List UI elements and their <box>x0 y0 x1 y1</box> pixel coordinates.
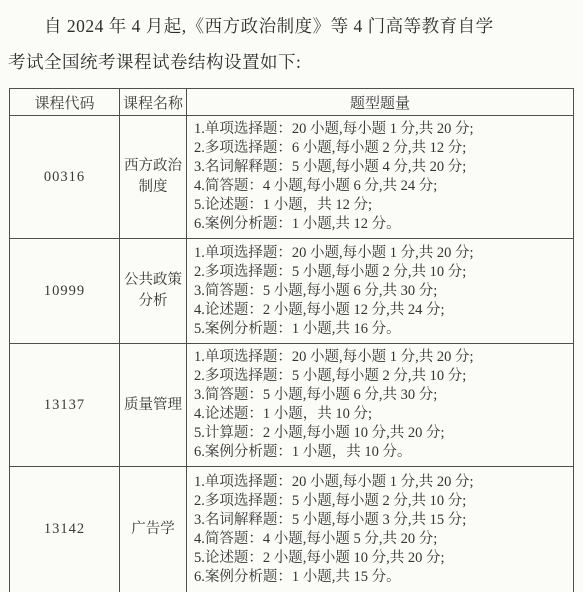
question-item: 3.简答题：5 小题,每小题 6 分,共 30 分; <box>194 282 569 301</box>
question-item: 6.案例分析题：1 小题,共 12 分。 <box>194 215 569 234</box>
course-name: 质量管理 <box>120 344 187 467</box>
question-item: 4.论述题：1 小题，共 10 分; <box>194 405 569 424</box>
course-code: 10999 <box>10 239 120 344</box>
course-code: 13137 <box>10 344 120 467</box>
question-structure: 1.单项选择题：20 小题,每小题 1 分,共 20 分; 2.多项选择题：6 … <box>187 116 574 239</box>
course-code: 13142 <box>10 467 120 592</box>
question-item: 1.单项选择题：20 小题,每小题 1 分,共 20 分; <box>194 348 569 367</box>
question-item: 1.单项选择题：20 小题,每小题 1 分,共 20 分; <box>194 120 569 139</box>
question-item: 6.案例分析题：1 小题,共 15 分。 <box>194 568 569 587</box>
question-item: 3.名词解释题：5 小题,每小题 3 分,共 15 分; <box>194 511 569 530</box>
question-item: 2.多项选择题：5 小题,每小题 2 分,共 10 分; <box>194 492 569 511</box>
question-structure: 1.单项选择题：20 小题,每小题 1 分,共 20 分; 2.多项选择题：5 … <box>187 344 574 467</box>
question-item: 5.论述题：1 小题，共 12 分; <box>194 196 569 215</box>
question-structure: 1.单项选择题：20 小题,每小题 1 分,共 20 分; 2.多项选择题：5 … <box>187 467 574 592</box>
header-question-types: 题型题量 <box>187 89 574 116</box>
table-row-13137: 13137 质量管理 1.单项选择题：20 小题,每小题 1 分,共 20 分;… <box>10 344 574 467</box>
course-name: 公共政策分析 <box>120 239 187 344</box>
course-structure-table: 课程代码 课程名称 题型题量 00316 西方政治制度 1.单项选择题：20 小… <box>9 88 574 592</box>
question-item: 1.单项选择题：20 小题,每小题 1 分,共 20 分; <box>194 473 569 492</box>
question-item: 2.多项选择题：5 小题,每小题 2 分,共 10 分; <box>194 367 569 386</box>
question-item: 1.单项选择题：20 小题,每小题 1 分,共 20 分; <box>194 244 569 263</box>
question-item: 4.论述题：2 小题,每小题 12 分,共 24 分; <box>194 301 569 320</box>
document-page: 自 2024 年 4 月起,《西方政治制度》等 4 门高等教育自学 考试全国统考… <box>0 8 583 592</box>
question-item: 2.多项选择题：5 小题,每小题 2 分,共 10 分; <box>194 263 569 282</box>
table-row-10999: 10999 公共政策分析 1.单项选择题：20 小题,每小题 1 分,共 20 … <box>10 239 574 344</box>
question-item: 2.多项选择题：6 小题,每小题 2 分,共 12 分; <box>194 139 569 158</box>
table-row-13142: 13142 广告学 1.单项选择题：20 小题,每小题 1 分,共 20 分; … <box>10 467 574 592</box>
intro-line-1: 自 2024 年 4 月起,《西方政治制度》等 4 门高等教育自学 <box>8 8 575 44</box>
question-item: 3.简答题：5 小题,每小题 6 分,共 30 分; <box>194 386 569 405</box>
intro-line-2: 考试全国统考课程试卷结构设置如下: <box>8 44 575 80</box>
header-course-name: 课程名称 <box>120 89 187 116</box>
table-header-row: 课程代码 课程名称 题型题量 <box>10 89 574 116</box>
question-item: 5.案例分析题：1 小题,共 16 分。 <box>194 320 569 339</box>
course-code: 00316 <box>10 116 120 239</box>
course-name: 西方政治制度 <box>120 116 187 239</box>
question-item: 5.计算题：2 小题,每小题 10 分,共 20 分; <box>194 424 569 443</box>
question-item: 5.论述题：2 小题,每小题 10 分,共 20 分; <box>194 549 569 568</box>
question-structure: 1.单项选择题：20 小题,每小题 1 分,共 20 分; 2.多项选择题：5 … <box>187 239 574 344</box>
question-item: 3.名词解释题：5 小题,每小题 4 分,共 20 分; <box>194 158 569 177</box>
question-item: 4.简答题：4 小题,每小题 6 分,共 24 分; <box>194 177 569 196</box>
table-row-00316: 00316 西方政治制度 1.单项选择题：20 小题,每小题 1 分,共 20 … <box>10 116 574 239</box>
intro-paragraph: 自 2024 年 4 月起,《西方政治制度》等 4 门高等教育自学 考试全国统考… <box>8 8 575 80</box>
course-name: 广告学 <box>120 467 187 592</box>
header-course-code: 课程代码 <box>10 89 120 116</box>
question-item: 4.简答题：4 小题,每小题 5 分,共 20 分; <box>194 530 569 549</box>
question-item: 6.案例分析题：1 小题，共 10 分。 <box>194 443 569 462</box>
